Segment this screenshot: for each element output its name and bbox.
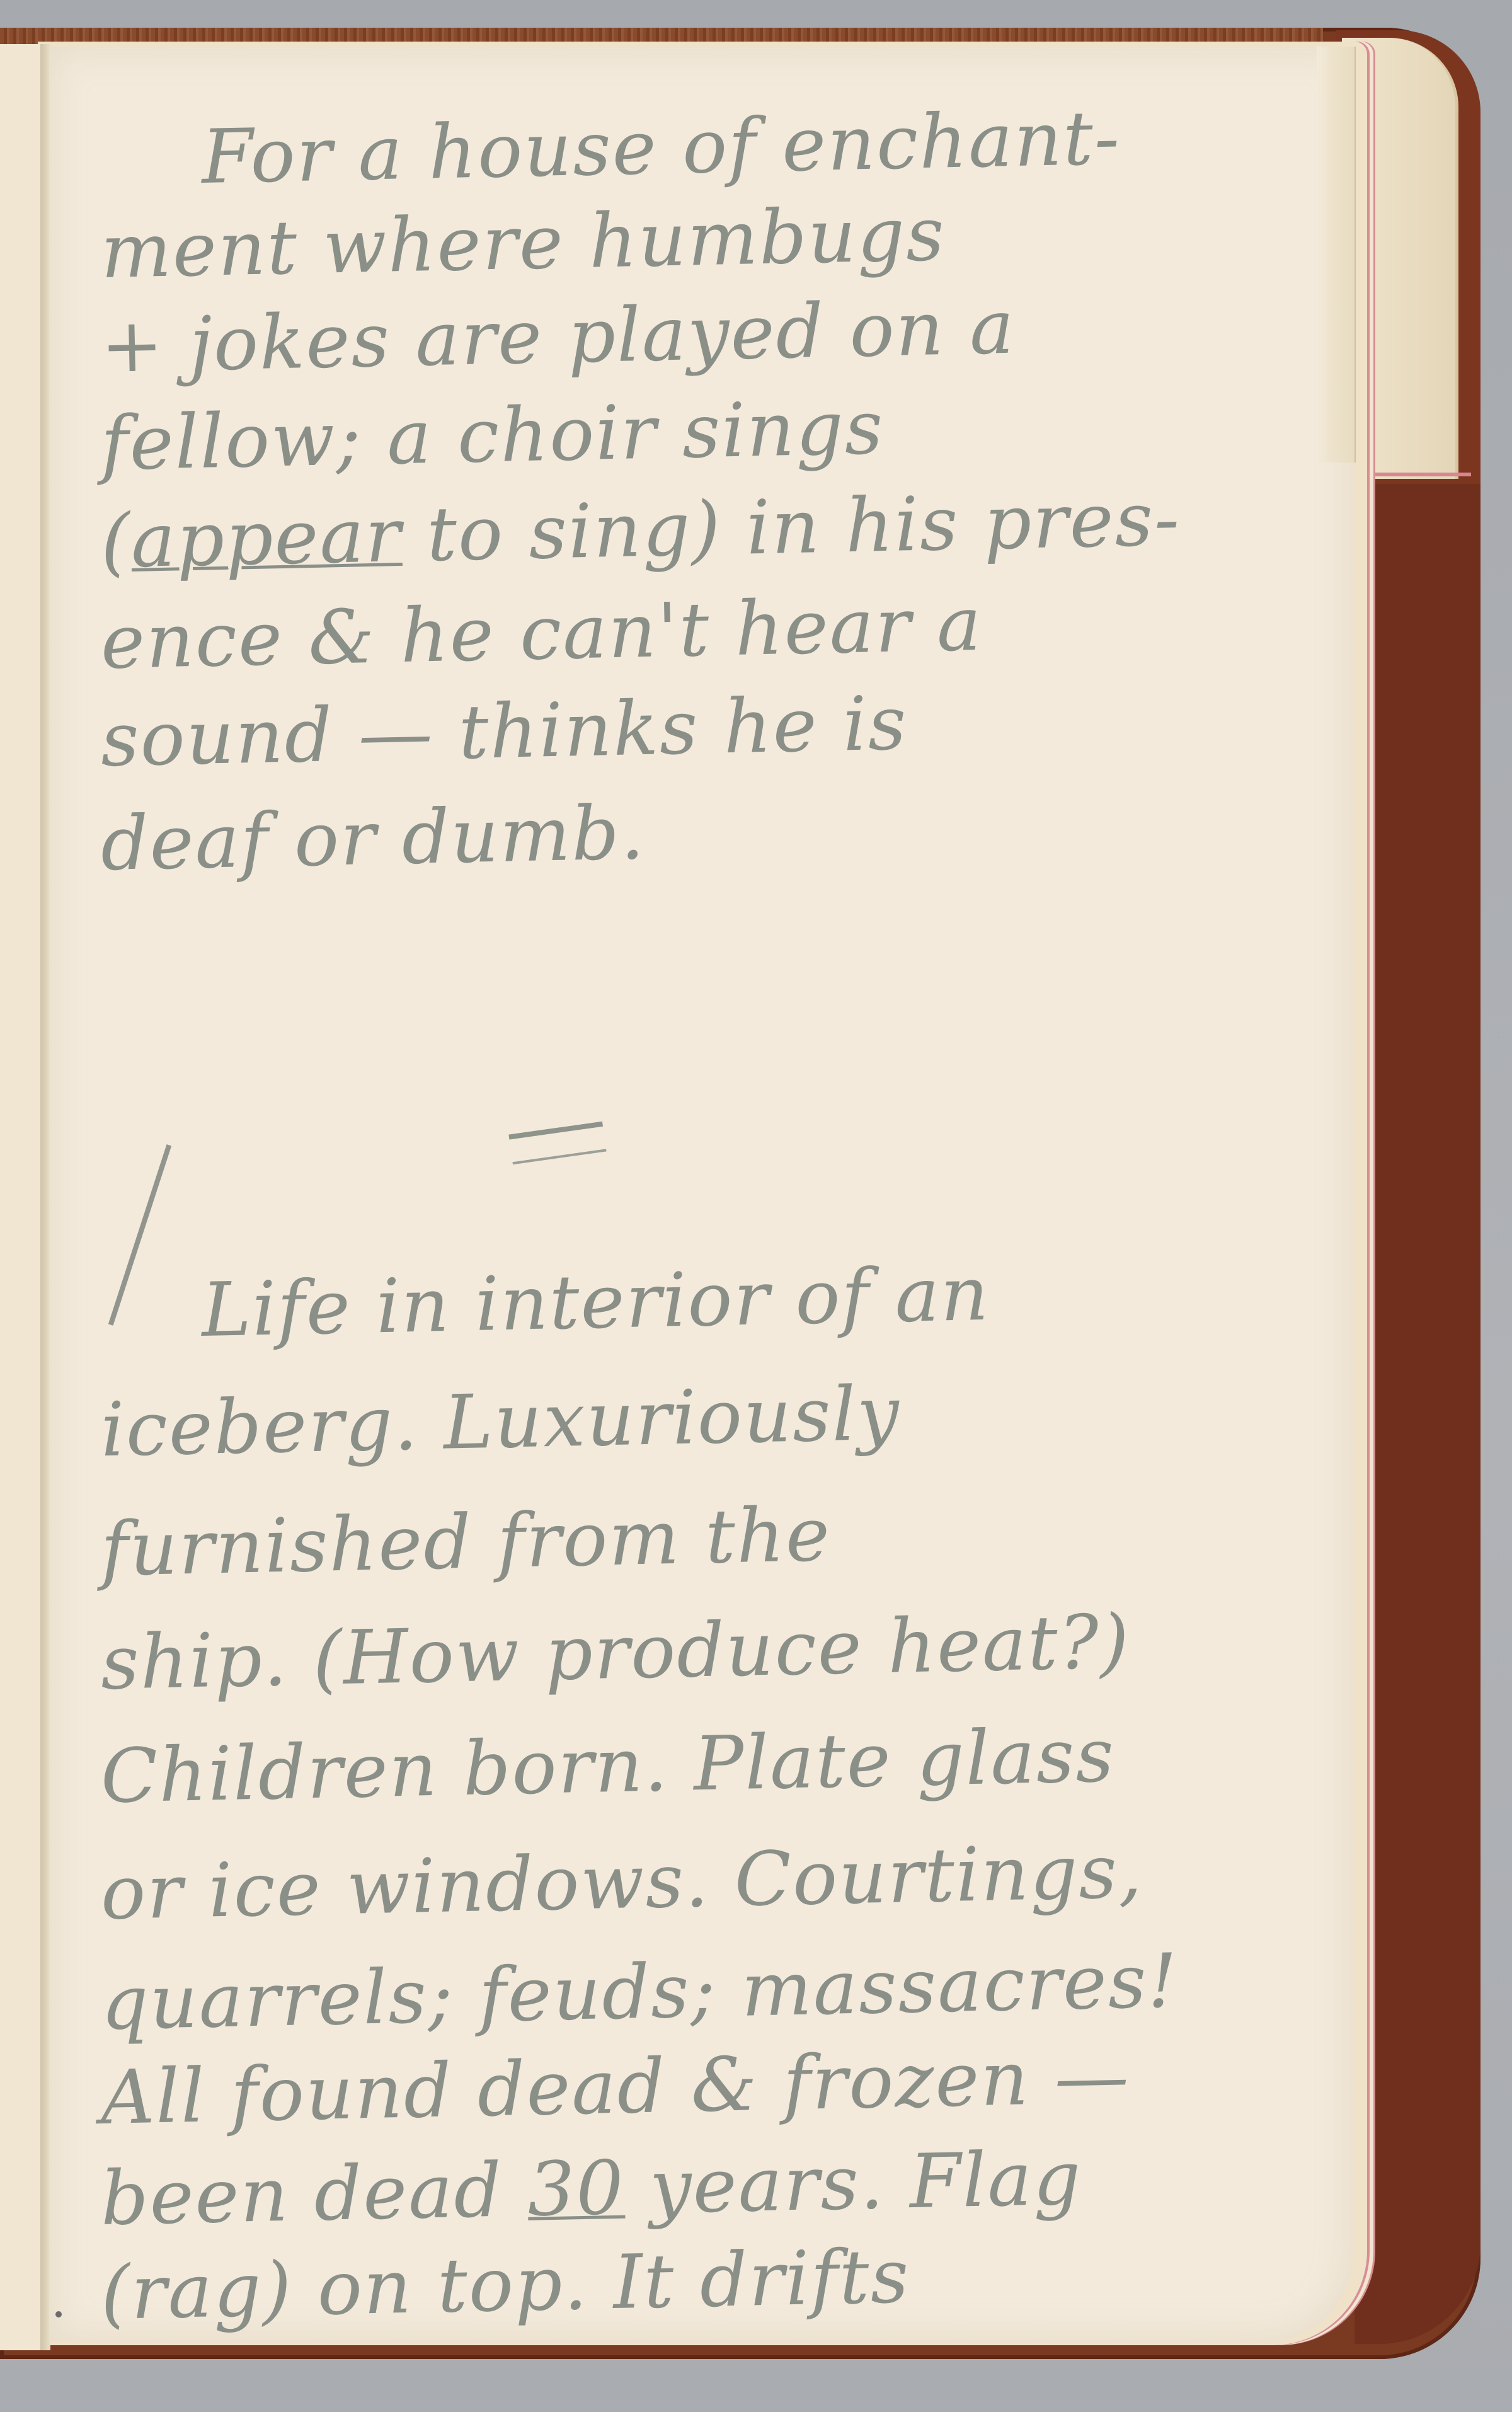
torn-tab-edge	[1317, 47, 1356, 462]
underlined-number: 30	[527, 2144, 626, 2233]
text-line: ence & he can't hear a	[100, 587, 983, 679]
text-line: been dead 30 years. Flag	[100, 2140, 1083, 2236]
text-line: ment where humbugs	[100, 197, 946, 289]
text-line: or ice windows. Courtings,	[100, 1834, 1144, 1930]
text-line: (appear to sing) in his pres-	[100, 481, 1181, 578]
text-line: sound — thinks he is	[100, 686, 908, 777]
text-line: For a house of enchant-	[201, 100, 1121, 194]
text-line: All found dead & frozen —	[100, 2039, 1131, 2135]
pencil-dot	[55, 2311, 62, 2317]
text-line: iceberg. Luxuriously	[100, 1375, 901, 1467]
text-fragment: (	[100, 497, 132, 585]
left-page-edge	[0, 44, 42, 2350]
cover-right-edge	[1354, 479, 1480, 2344]
text-line: + jokes are played on a	[100, 290, 1016, 383]
text-line: ship. (How produce heat?)	[100, 1604, 1131, 1700]
text-line: fellow; a choir sings	[100, 390, 885, 481]
text-line: Life in interior of an	[201, 1256, 990, 1347]
text-line: Children born. Plate glass	[100, 1718, 1116, 1813]
text-line: deaf or dumb.	[100, 795, 646, 881]
text-fragment: been dead	[100, 2146, 529, 2242]
text-line: (rag) on top. It drifts	[100, 2239, 911, 2330]
underlined-word: appear	[130, 491, 403, 584]
text-line: furnished from the	[100, 1497, 832, 1587]
text-fragment: to sing) in his pres-	[401, 475, 1182, 578]
text-line: quarrels; feuds; massacres!	[100, 1943, 1179, 2040]
text-fragment: years. Flag	[624, 2134, 1083, 2231]
